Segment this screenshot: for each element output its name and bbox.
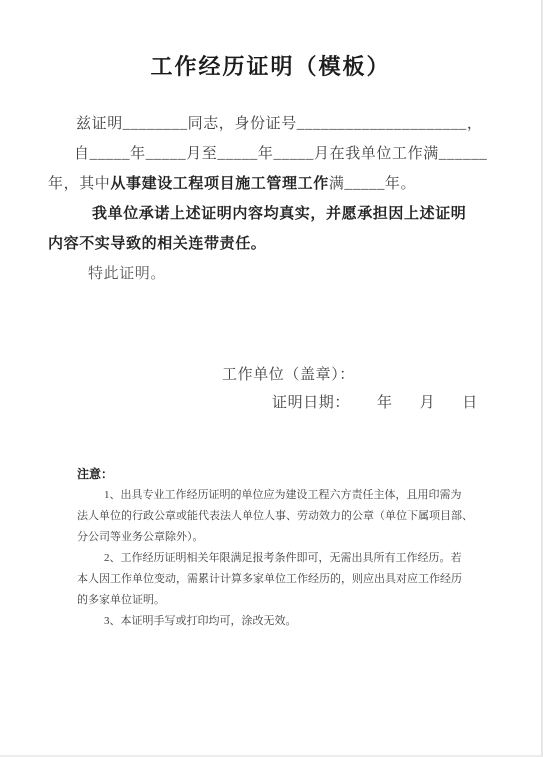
document-title: 工作经历证明（模板）	[0, 0, 541, 82]
note-2-line-2: 本人因工作单位变动，需累计计算多家单位工作经历的，则应出具对应工作经历	[77, 569, 517, 590]
intro-line-3-suffix: 满_____年。	[329, 176, 416, 192]
intro-line-1: 兹证明________同志，身份证号_____________________，	[48, 109, 507, 139]
notes-section: 注意： 1、出具专业工作经历证明的单位应为建设工程六方责任主体，且用印需为 法人…	[77, 464, 517, 632]
note-2-line-3: 的多家单位证明。	[77, 590, 517, 611]
month-label: 月	[420, 389, 436, 417]
intro-line-3: 年，其中从事建设工程项目施工管理工作满_____年。	[48, 169, 507, 199]
intro-line-3-emphasis: 从事建设工程项目施工管理工作	[110, 176, 328, 192]
commitment-line-2: 内容不实导致的相关连带责任。	[48, 229, 507, 259]
intro-line-2: 自_____年_____月至_____年_____月在我单位工作满______	[48, 139, 507, 169]
document-page: 工作经历证明（模板） 兹证明________同志，身份证号___________…	[0, 0, 543, 757]
notes-label: 注意：	[77, 464, 517, 485]
signature-unit-line: 工作单位（盖章）：	[222, 361, 541, 389]
signature-block: 工作单位（盖章）： 证明日期：年月日	[0, 361, 541, 417]
closing-statement: 特此证明。	[48, 259, 507, 289]
certificate-body: 兹证明________同志，身份证号_____________________，…	[48, 109, 507, 289]
note-1-line-2: 法人单位的行政公章或能代表法人单位人事、劳动效力的公章（单位下属项目部、	[77, 506, 517, 527]
year-label: 年	[377, 389, 393, 417]
signature-date-line: 证明日期：年月日	[272, 389, 541, 417]
day-label: 日	[462, 389, 478, 417]
note-1-line-1: 1、出具专业工作经历证明的单位应为建设工程六方责任主体，且用印需为	[77, 485, 517, 506]
date-label: 证明日期：	[272, 395, 350, 411]
note-3-line-1: 3、本证明手写或打印均可，涂改无效。	[77, 611, 517, 632]
intro-line-3-prefix: 年，其中	[48, 176, 110, 192]
note-1-line-3: 分公司等业务公章除外）。	[77, 527, 517, 548]
commitment-line-1: 我单位承诺上述证明内容均真实，并愿承担因上述证明	[48, 199, 507, 229]
note-2-line-1: 2、工作经历证明相关年限满足报考条件即可，无需出具所有工作经历。若	[77, 548, 517, 569]
